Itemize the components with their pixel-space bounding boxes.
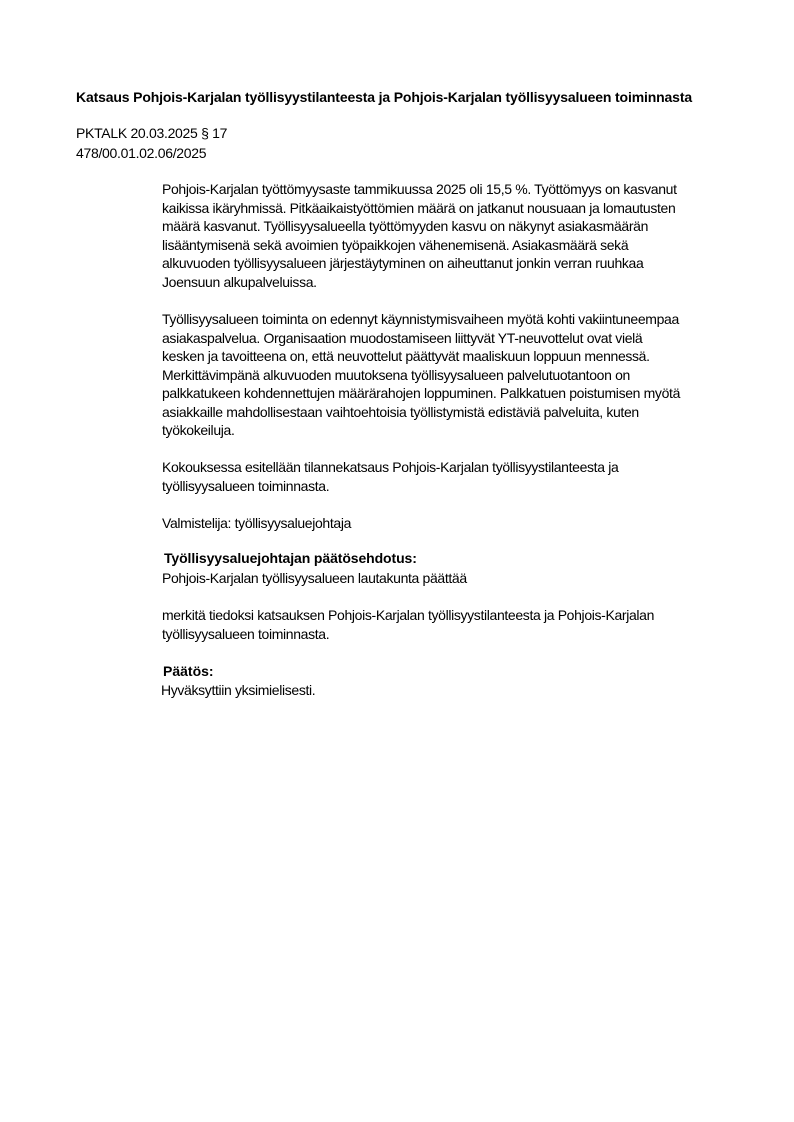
text-line: merkitä tiedoksi katsauksen Pohjois-Karj…: [162, 606, 747, 625]
record-number: 478/00.01.02.06/2025: [76, 145, 206, 161]
meeting-reference: PKTALK 20.03.2025 § 17: [76, 125, 227, 141]
text-line: alkuvuoden työllisyysalueen järjestäytym…: [162, 254, 747, 273]
text-line: Joensuun alkupalveluissa.: [162, 273, 747, 292]
decision-heading: Päätös:: [163, 663, 214, 679]
paragraph-preparer: Valmistelija: työllisyysaluejohtaja: [162, 514, 747, 533]
text-line: asiakaspalvelua. Organisaation muodostam…: [162, 329, 747, 348]
text-line: asiakkaille mahdollisestaan vaihtoehtois…: [162, 403, 747, 422]
text-line: palkkatukeen kohdennettujen määrärahojen…: [162, 384, 747, 403]
text-line: kesken ja tavoitteena on, että neuvottel…: [162, 347, 747, 366]
paragraph-meeting: Kokouksessa esitellään tilannekatsaus Po…: [162, 458, 747, 495]
document-title: Katsaus Pohjois-Karjalan työllisyystilan…: [76, 89, 692, 105]
decision-text: Hyväksyttiin yksimielisesti.: [161, 682, 315, 698]
text-line: työllisyysalueen toiminnasta.: [162, 477, 747, 496]
text-line: kaikissa ikäryhmissä. Pitkäaikaistyöttöm…: [162, 199, 747, 218]
text-line: työkokeiluja.: [162, 421, 747, 440]
text-line: Pohjois-Karjalan työllisyysalueen lautak…: [162, 569, 747, 588]
proposal-intro: Pohjois-Karjalan työllisyysalueen lautak…: [162, 569, 747, 588]
proposal-heading: Työllisyysaluejohtajan päätösehdotus:: [164, 550, 417, 566]
paragraph-situation: Pohjois-Karjalan työttömyysaste tammikuu…: [162, 180, 747, 291]
proposal-text: merkitä tiedoksi katsauksen Pohjois-Karj…: [162, 606, 747, 643]
text-line: lisääntymisenä sekä avoimien työpaikkoje…: [162, 236, 747, 255]
text-line: määrä kasvanut. Työllisyysalueella tyött…: [162, 217, 747, 236]
text-line: Työllisyysalueen toiminta on edennyt käy…: [162, 310, 747, 329]
text-line: Merkittävimpänä alkuvuoden muutoksena ty…: [162, 366, 747, 385]
paragraph-operations: Työllisyysalueen toiminta on edennyt käy…: [162, 310, 747, 440]
text-line: työllisyysalueen toiminnasta.: [162, 625, 747, 644]
text-line: Pohjois-Karjalan työttömyysaste tammikuu…: [162, 180, 747, 199]
text-line: Valmistelija: työllisyysaluejohtaja: [162, 514, 747, 533]
text-line: Kokouksessa esitellään tilannekatsaus Po…: [162, 458, 747, 477]
